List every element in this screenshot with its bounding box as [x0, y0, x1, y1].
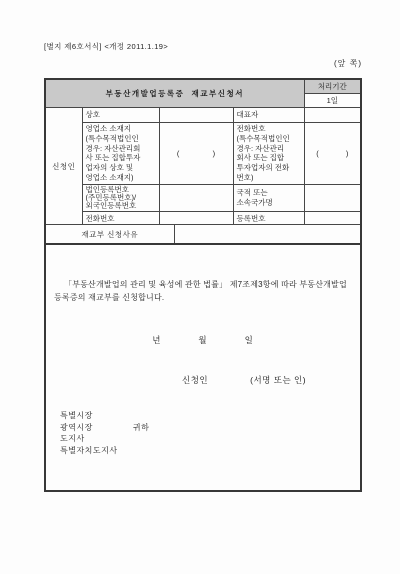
signer-line: 신청인(서명 또는 인) [46, 374, 360, 386]
scanned-form-page: [별지 제6호서식] <개정 2011.1.19> (앞 쪽) 부동산개발업등록… [0, 0, 400, 574]
addressee-line: 특별자치도지사 [60, 445, 360, 457]
table-row: 영업소 소재지 (특수목적법인인 경우: 자산관리회 사 또는 집합투자 업자의… [45, 123, 361, 185]
signature-or-seal-note: (서명 또는 인) [250, 375, 306, 385]
processing-period-label: 처리기간 [304, 79, 361, 94]
page-side-note: (앞 쪽) [334, 58, 362, 69]
application-info-table: 부동산개발업등록증 재교부신청서 처리기간 1일 신청인 상호 대표자 영업소 … [44, 78, 362, 245]
representative-label: 대표자 [233, 108, 304, 123]
company-name-label: 상호 [82, 108, 159, 123]
office-address-field: ( ) [159, 123, 233, 185]
representative-field [304, 108, 361, 123]
statement-text: 「부동산개발업의 관리 및 육성에 관한 법률」 제7조제3항에 따라 부동산개… [54, 279, 353, 304]
addressee-line: 특별시장 [60, 410, 360, 422]
applicant-section-label: 신청인 [45, 108, 82, 225]
form-number-note: [별지 제6호서식] <개정 2011.1.19> [44, 41, 168, 52]
registration-number-label: 등록번호 [233, 212, 304, 225]
date-line: 년 월 일 [46, 334, 360, 346]
addressee-block: 특별시장 광역시장귀하 도지사 특별자치도지사 [46, 410, 360, 457]
telephone-label: 전화번호 [82, 212, 159, 225]
title-row: 부동산개발업등록증 재교부신청서 처리기간 [45, 79, 361, 94]
nationality-label: 국적 또는 소속국가명 [233, 184, 304, 212]
corporate-registration-number-field [159, 184, 233, 212]
processing-period-value: 1일 [304, 94, 361, 108]
registration-number-field [304, 212, 361, 225]
table-row: 전화번호 등록번호 [45, 212, 361, 225]
signer-label: 신청인 [182, 375, 208, 385]
form-title: 부동산개발업등록증 재교부신청서 [45, 79, 304, 108]
addressee-line: 광역시장귀하 [60, 422, 360, 434]
reason-row: 재교부 신청사유 [45, 225, 361, 244]
phone-number-field: ( ) [304, 123, 361, 185]
nationality-field [304, 184, 361, 212]
office-address-label: 영업소 소재지 (특수목적법인인 경우: 자산관리회 사 또는 집합투자 업자의… [82, 123, 159, 185]
statement-box: 「부동산개발업의 관리 및 육성에 관한 법률」 제7조제3항에 따라 부동산개… [44, 243, 362, 492]
table-row: 법인등록번호 (주민등록번호)/ 외국인등록번호 국적 또는 소속국가명 [45, 184, 361, 212]
telephone-field [159, 212, 233, 225]
reason-field [174, 225, 361, 244]
addressee-line: 도지사 [60, 433, 360, 445]
company-name-field [159, 108, 233, 123]
phone-number-label: 전화번호 (특수목적법인인 경우: 자산관리 회사 또는 집합 투자업자의 전화… [233, 123, 304, 185]
addressee-label: 광역시장 [60, 423, 93, 432]
corporate-registration-number-label: 법인등록번호 (주민등록번호)/ 외국인등록번호 [82, 184, 159, 212]
reason-label: 재교부 신청사유 [45, 225, 174, 244]
addressee-suffix: 귀하 [133, 423, 149, 432]
table-row: 신청인 상호 대표자 [45, 108, 361, 123]
